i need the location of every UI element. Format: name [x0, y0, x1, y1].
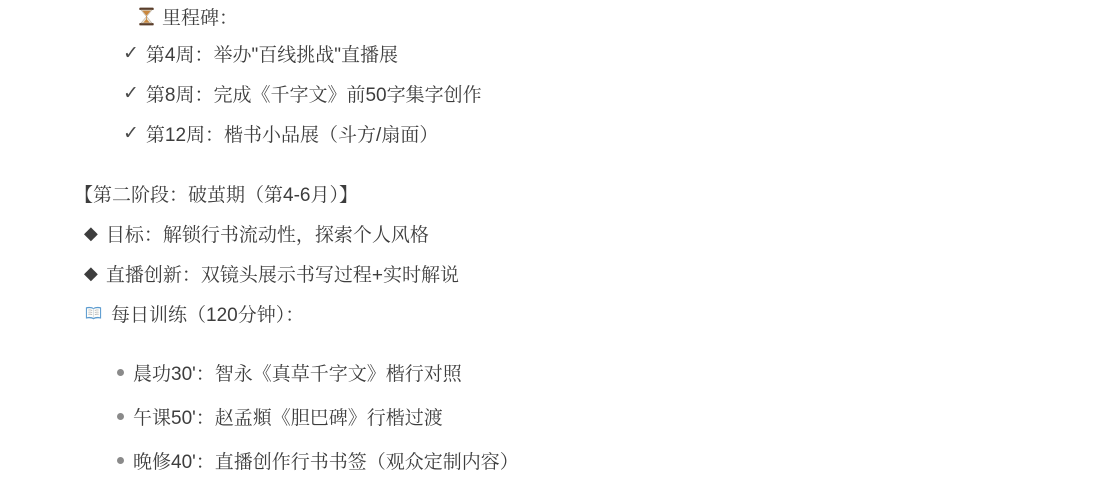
phase-item: ◆ 目标：解锁行书流动性，探索个人风格 — [0, 213, 1099, 253]
milestone-item-text: 第4周：举办"百线挑战"直播展 — [146, 40, 398, 67]
list-item-text: 午课50'：赵孟頫《胆巴碑》行楷过渡 — [133, 403, 443, 430]
diamond-icon: ◆ — [84, 223, 98, 244]
milestone-heading: 里程碑： — [0, 0, 1099, 33]
list-item: 晨功30'：智永《真草千字文》楷行对照 — [0, 350, 1099, 394]
bullet-dot-icon — [117, 413, 124, 420]
phase-item-text: 目标：解锁行书流动性，探索个人风格 — [106, 220, 429, 247]
bullet-dot-icon — [117, 457, 124, 464]
daily-heading-label: 每日训练（120分钟）： — [111, 300, 304, 327]
hourglass-icon — [137, 7, 156, 26]
milestone-item-text: 第8周：完成《千字文》前50字集字创作 — [146, 80, 482, 107]
milestone-item: ✓ 第4周：举办"百线挑战"直播展 — [0, 33, 1099, 73]
daily-training-list: 晨功30'：智永《真草千字文》楷行对照 午课50'：赵孟頫《胆巴碑》行楷过渡 晚… — [0, 350, 1099, 482]
checkmark-icon: ✓ — [123, 42, 139, 65]
milestone-item-text: 第12周：楷书小品展（斗方/扇面） — [146, 120, 438, 147]
list-item-text: 晚修40'：直播创作行书书签（观众定制内容） — [133, 447, 519, 474]
phase-section: 【第二阶段：破茧期（第4-6月）】 ◆ 目标：解锁行书流动性，探索个人风格 ◆ … — [0, 173, 1099, 333]
checkmark-icon: ✓ — [123, 82, 139, 105]
bullet-dot-icon — [117, 369, 124, 376]
list-item: 晚修40'：直播创作行书书签（观众定制内容） — [0, 438, 1099, 482]
checkmark-icon: ✓ — [123, 122, 139, 145]
milestone-heading-label: 里程碑： — [162, 3, 238, 30]
milestone-item: ✓ 第12周：楷书小品展（斗方/扇面） — [0, 113, 1099, 153]
daily-training-heading: 每日训练（120分钟）： — [0, 293, 1099, 333]
document-canvas: 里程碑： ✓ 第4周：举办"百线挑战"直播展 ✓ 第8周：完成《千字文》前50字… — [0, 0, 1099, 486]
phase-item-text: 直播创新：双镜头展示书写过程+实时解说 — [106, 260, 459, 287]
list-item: 午课50'：赵孟頫《胆巴碑》行楷过渡 — [0, 394, 1099, 438]
diamond-icon: ◆ — [84, 263, 98, 284]
milestone-section: 里程碑： ✓ 第4周：举办"百线挑战"直播展 ✓ 第8周：完成《千字文》前50字… — [0, 0, 1099, 153]
phase-title: 【第二阶段：破茧期（第4-6月）】 — [0, 173, 1099, 213]
milestone-item: ✓ 第8周：完成《千字文》前50字集字创作 — [0, 73, 1099, 113]
list-item-text: 晨功30'：智永《真草千字文》楷行对照 — [133, 359, 462, 386]
phase-item: ◆ 直播创新：双镜头展示书写过程+实时解说 — [0, 253, 1099, 293]
open-book-icon — [84, 304, 103, 323]
